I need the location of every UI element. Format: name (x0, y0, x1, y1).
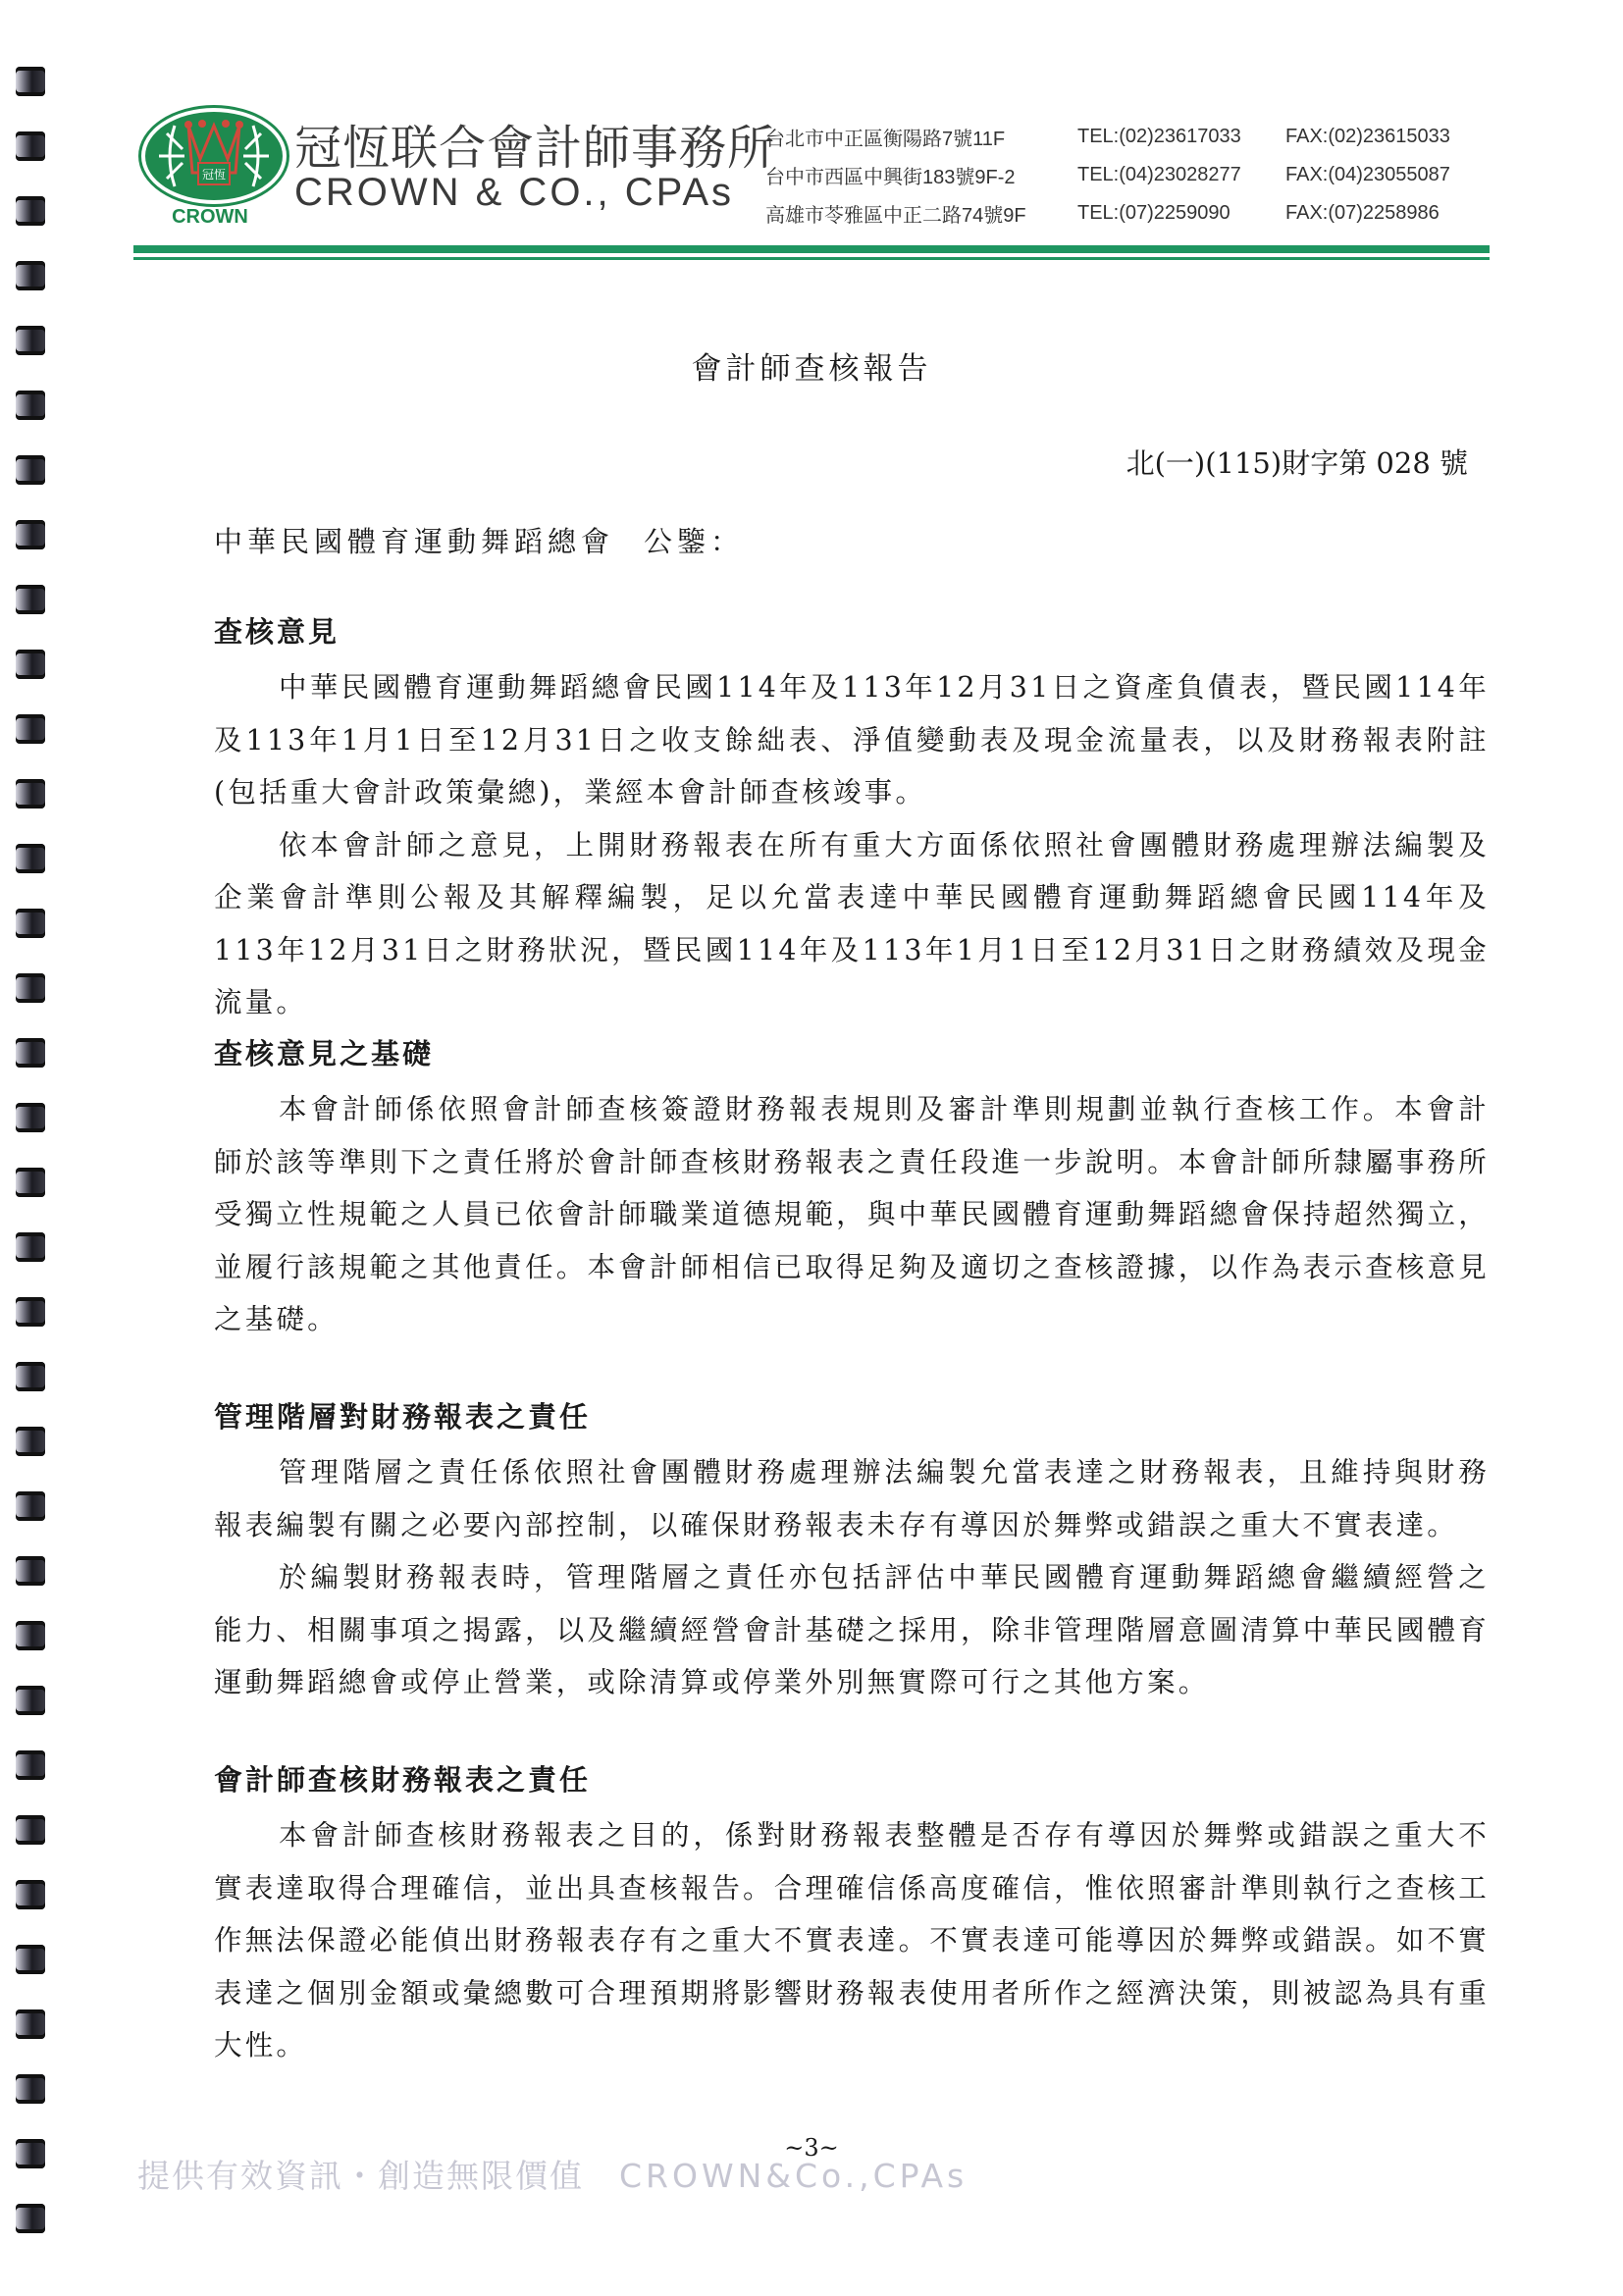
office-taichung: 台中市西區中興街183號9F-2 TEL:(04)23028277 FAX:(0… (765, 156, 1450, 194)
binding-ring-icon (16, 1038, 45, 1068)
section-heading: 查核意見 (214, 610, 1490, 661)
office-fax: FAX:(02)23615033 (1285, 126, 1450, 148)
office-address: 台北市中正區衡陽路7號11F (765, 123, 1077, 151)
binding-ring-icon (16, 131, 45, 161)
section-heading: 管理階層對財務報表之責任 (214, 1395, 1490, 1446)
paragraph: 於編製財務報表時，管理階層之責任亦包括評估中華民國體育運動舞蹈總會繼續經營之能力… (214, 1551, 1490, 1709)
report-number: 北(一)(115)財字第 028 號 (1126, 442, 1468, 482)
binding-ring-icon (16, 973, 45, 1003)
office-fax: FAX:(04)23055087 (1285, 164, 1450, 186)
paragraph: 依本會計師之意見，上開財務報表在所有重大方面係依照社會團體財務處理辦法編製及企業… (214, 819, 1490, 1029)
office-list: 台北市中正區衡陽路7號11F TEL:(02)23617033 FAX:(02)… (765, 118, 1450, 233)
binding-ring-icon (16, 261, 45, 290)
binding-ring-icon (16, 1491, 45, 1521)
binding-ring-icon (16, 520, 45, 549)
crown-logo: 冠恆 CROWN (141, 108, 279, 235)
logo-oval: 冠恆 (141, 108, 287, 204)
binding-ring-icon (16, 1427, 45, 1456)
salutation: 公鑒： (644, 525, 744, 558)
tagline-english: CROWN&Co.,CPAs (619, 2157, 968, 2195)
office-taipei: 台北市中正區衡陽路7號11F TEL:(02)23617033 FAX:(02)… (765, 118, 1450, 156)
binding-ring-icon (16, 1815, 45, 1845)
paragraph: 管理階層之責任係依照社會團體財務處理辦法編製允當表達之財務報表，且維持與財務報表… (214, 1446, 1490, 1551)
paragraph: 本會計師係依照會計師查核簽證財務報表規則及審計準則規劃並執行查核工作。本會計師於… (214, 1083, 1490, 1346)
binding-ring-icon (16, 1686, 45, 1715)
section-basis-for-opinion: 查核意見之基礎 本會計師係依照會計師查核簽證財務報表規則及審計準則規劃並執行查核… (214, 1032, 1490, 1346)
section-heading: 查核意見之基礎 (214, 1032, 1490, 1083)
binding-ring-icon (16, 779, 45, 809)
binding-ring-icon (16, 1297, 45, 1327)
firm-name-english: CROWN & CO., CPAs (294, 171, 734, 215)
section-heading: 會計師查核財務報表之責任 (214, 1758, 1490, 1809)
section-auditor-responsibility: 會計師查核財務報表之責任 本會計師查核財務報表之目的，係對財務報表整體是否存有導… (214, 1758, 1490, 2072)
paragraph: 本會計師查核財務報表之目的，係對財務報表整體是否存有導因於舞弊或錯誤之重大不實表… (214, 1809, 1490, 2072)
addressee-line: 中華民國體育運動舞蹈總會公鑒： (214, 520, 744, 560)
tagline-chinese: 提供有效資訊・創造無限價值 (137, 2157, 584, 2195)
paragraph: 中華民國體育運動舞蹈總會民國114年及113年12月31日之資產負債表，暨民國1… (214, 661, 1490, 819)
section-management-responsibility: 管理階層對財務報表之責任 管理階層之責任係依照社會團體財務處理辦法編製允當表達之… (214, 1395, 1490, 1709)
binding-ring-icon (16, 1362, 45, 1391)
office-kaohsiung: 高雄市苓雅區中正二路74號9F TEL:(07)2259090 FAX:(07)… (765, 194, 1450, 233)
binding-ring-icon (16, 2204, 45, 2233)
addressee-name: 中華民國體育運動舞蹈總會 (214, 525, 614, 558)
letterhead: 冠恆 CROWN 冠恆联合會計師事務所 CROWN & CO., CPAs 台北… (137, 98, 1492, 265)
binding-ring-icon (16, 1945, 45, 1974)
footer-tagline: 提供有效資訊・創造無限價值CROWN&Co.,CPAs (137, 2151, 968, 2197)
binding-ring-icon (16, 196, 45, 226)
binding-ring-icon (16, 1232, 45, 1262)
binding-ring-icon (16, 1168, 45, 1197)
letterhead-divider-thin (133, 257, 1490, 260)
binding-ring-icon (16, 391, 45, 420)
office-tel: TEL:(02)23617033 (1077, 126, 1285, 148)
report-title: 會計師查核報告 (0, 343, 1623, 388)
office-address: 高雄市苓雅區中正二路74號9F (765, 199, 1077, 228)
binding-ring-icon (16, 1103, 45, 1132)
firm-name-chinese: 冠恆联合會計師事務所 (294, 110, 775, 178)
office-tel: TEL:(04)23028277 (1077, 164, 1285, 186)
binding-ring-icon (16, 909, 45, 938)
binding-ring-icon (16, 2009, 45, 2039)
binding-ring-icon (16, 2074, 45, 2104)
binding-ring-icon (16, 1880, 45, 1909)
office-address: 台中市西區中興街183號9F-2 (765, 161, 1077, 189)
binding-ring-icon (16, 455, 45, 485)
letterhead-divider-thick (133, 245, 1490, 253)
binding-ring-icon (16, 1556, 45, 1586)
office-tel: TEL:(07)2259090 (1077, 202, 1285, 225)
binding-ring-icon (16, 714, 45, 744)
svg-text:冠恆: 冠恆 (202, 167, 226, 182)
binding-ring-icon (16, 1750, 45, 1780)
binding-ring-icon (16, 844, 45, 873)
binding-ring-icon (16, 650, 45, 679)
section-audit-opinion: 查核意見 中華民國體育運動舞蹈總會民國114年及113年12月31日之資產負債表… (214, 610, 1490, 1029)
crown-globe-icon: 冠恆 (145, 112, 283, 200)
binding-ring-icon (16, 67, 45, 96)
binding-ring-icon (16, 1621, 45, 1650)
office-fax: FAX:(07)2258986 (1285, 202, 1440, 225)
binding-ring-icon (16, 585, 45, 614)
logo-text: CROWN (141, 206, 279, 229)
